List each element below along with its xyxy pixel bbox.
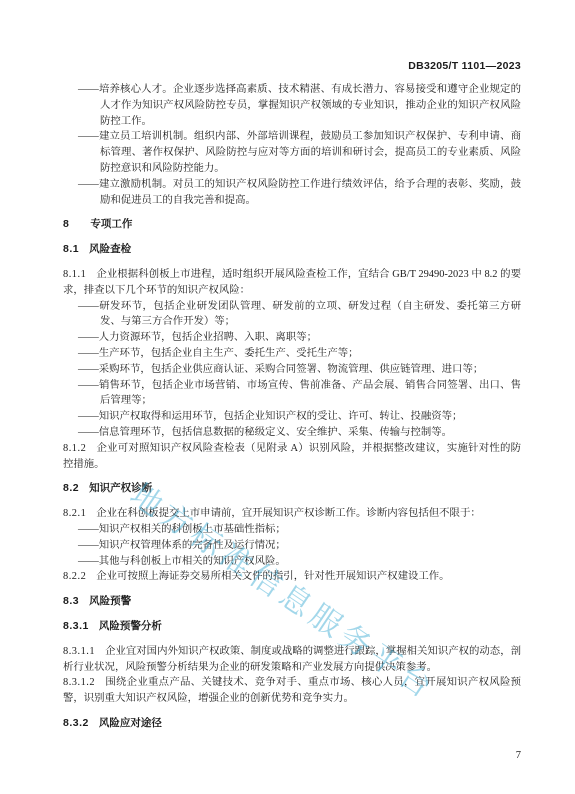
list-item: ——建立激励机制。对员工的知识产权风险防控工作进行绩效评估，给予合理的表彰、奖励…	[63, 177, 521, 209]
clause-number: 8.3.1.1	[63, 646, 95, 657]
section-heading: 8.3风险预警	[63, 594, 521, 610]
clause-text: 围绕企业重点产品、关键技术、竞争对手、重点市场、核心人员，宜开展知识产权风险预警…	[63, 677, 521, 704]
clause-text: 风险应对途径	[99, 717, 162, 729]
list-item: ——知识产权管理体系的完备性及运行情况；	[63, 538, 521, 554]
list-item: ——人力资源环节，包括企业招聘、入职、离职等；	[63, 330, 521, 346]
list-item: ——销售环节，包括企业市场营销、市场宣传、售前准备、产品会展、销售合同签署、出口…	[63, 378, 521, 410]
clause-number: 8.1	[63, 243, 79, 255]
clause-text: 风险预警分析	[99, 620, 162, 632]
clause-paragraph: 8.2.1企业在科创板提交上市申请前，宜开展知识产权诊断工作。诊断内容包括但不限…	[63, 506, 521, 522]
clause-number: 8.3	[63, 595, 79, 607]
clause-number: 8	[63, 218, 69, 230]
list-item: ——采购环节，包括企业供应商认证、采购合同签署、物流管理、供应链管理、进口等；	[63, 362, 521, 378]
clause-paragraph: 8.2.2企业可按照上海证券交易所相关文件的指引，针对性开展知识产权建设工作。	[63, 569, 521, 585]
clause-paragraph: 8.3.1.1企业宜对国内外知识产权政策、制度或战略的调整进行跟踪，掌握相关知识…	[63, 644, 521, 676]
standard-number-header: DB3205/T 1101—2023	[408, 60, 521, 72]
section-heading: 8.2知识产权诊断	[63, 481, 521, 497]
section-heading: 8.3.2风险应对途径	[63, 716, 521, 732]
section-heading: 8.1风险查检	[63, 242, 521, 258]
clause-text: 企业宜对国内外知识产权政策、制度或战略的调整进行跟踪，掌握相关知识产权的动态，剖…	[63, 646, 521, 673]
clause-text: 知识产权诊断	[89, 482, 152, 494]
clause-number: 8.1.2	[63, 443, 86, 454]
page-number: 7	[516, 750, 521, 761]
clause-number: 8.1.1	[63, 269, 86, 280]
clause-paragraph: 8.1.1企业根据科创板上市进程，适时组织开展风险查检工作，宜结合 GB/T 2…	[63, 267, 521, 299]
clause-number: 8.2	[63, 482, 79, 494]
list-item: ——知识产权相关的科创板上市基础性指标；	[63, 522, 521, 538]
list-item: ——其他与科创板上市相关的知识产权风险。	[63, 554, 521, 570]
clause-number: 8.2.1	[63, 508, 86, 519]
document-body: ——培养核心人才。企业逐步选择高素质、技术精湛、有成长潜力、容易接受和遵守企业规…	[63, 82, 521, 741]
list-item: ——知识产权取得和运用环节，包括企业知识产权的受让、许可、转让、投融资等；	[63, 409, 521, 425]
list-item: ——建立员工培训机制。组织内部、外部培训课程，鼓励员工参加知识产权保护、专利申请…	[63, 129, 521, 176]
clause-number: 8.3.1.2	[63, 677, 95, 688]
list-item: ——信息管理环节，包括信息数据的秘级定义、安全维护、采集、传输与控制等。	[63, 425, 521, 441]
clause-text: 企业在科创板提交上市申请前，宜开展知识产权诊断工作。诊断内容包括但不限于：	[96, 508, 480, 519]
clause-text: 企业可按照上海证券交易所相关文件的指引，针对性开展知识产权建设工作。	[96, 571, 449, 582]
clause-text: 企业可对照知识产权风险查检表（见附录 A）识别风险，并根据整改建议，实施针对性的…	[63, 443, 521, 470]
clause-number: 8.2.2	[63, 571, 86, 582]
clause-paragraph: 8.1.2企业可对照知识产权风险查检表（见附录 A）识别风险，并根据整改建议，实…	[63, 441, 521, 473]
clause-number: 8.3.1	[63, 620, 89, 632]
list-item: ——研发环节，包括企业研发团队管理、研发前的立项、研发过程（自主研发、委托第三方…	[63, 299, 521, 331]
clause-paragraph: 8.3.1.2围绕企业重点产品、关键技术、竞争对手、重点市场、核心人员，宜开展知…	[63, 675, 521, 707]
list-item: ——培养核心人才。企业逐步选择高素质、技术精湛、有成长潜力、容易接受和遵守企业规…	[63, 82, 521, 129]
list-item: ——生产环节，包括企业自主生产、委托生产、受托生产等；	[63, 346, 521, 362]
document-page: DB3205/T 1101—2023 地方标准信息服务平台 ——培养核心人才。企…	[0, 0, 575, 794]
clause-text: 专项工作	[90, 218, 132, 230]
section-heading: 8专项工作	[63, 217, 521, 233]
clause-text: 企业根据科创板上市进程，适时组织开展风险查检工作，宜结合 GB/T 29490-…	[63, 269, 521, 296]
clause-text: 风险预警	[89, 595, 131, 607]
clause-text: 风险查检	[89, 243, 131, 255]
section-heading: 8.3.1风险预警分析	[63, 619, 521, 635]
clause-number: 8.3.2	[63, 717, 89, 729]
